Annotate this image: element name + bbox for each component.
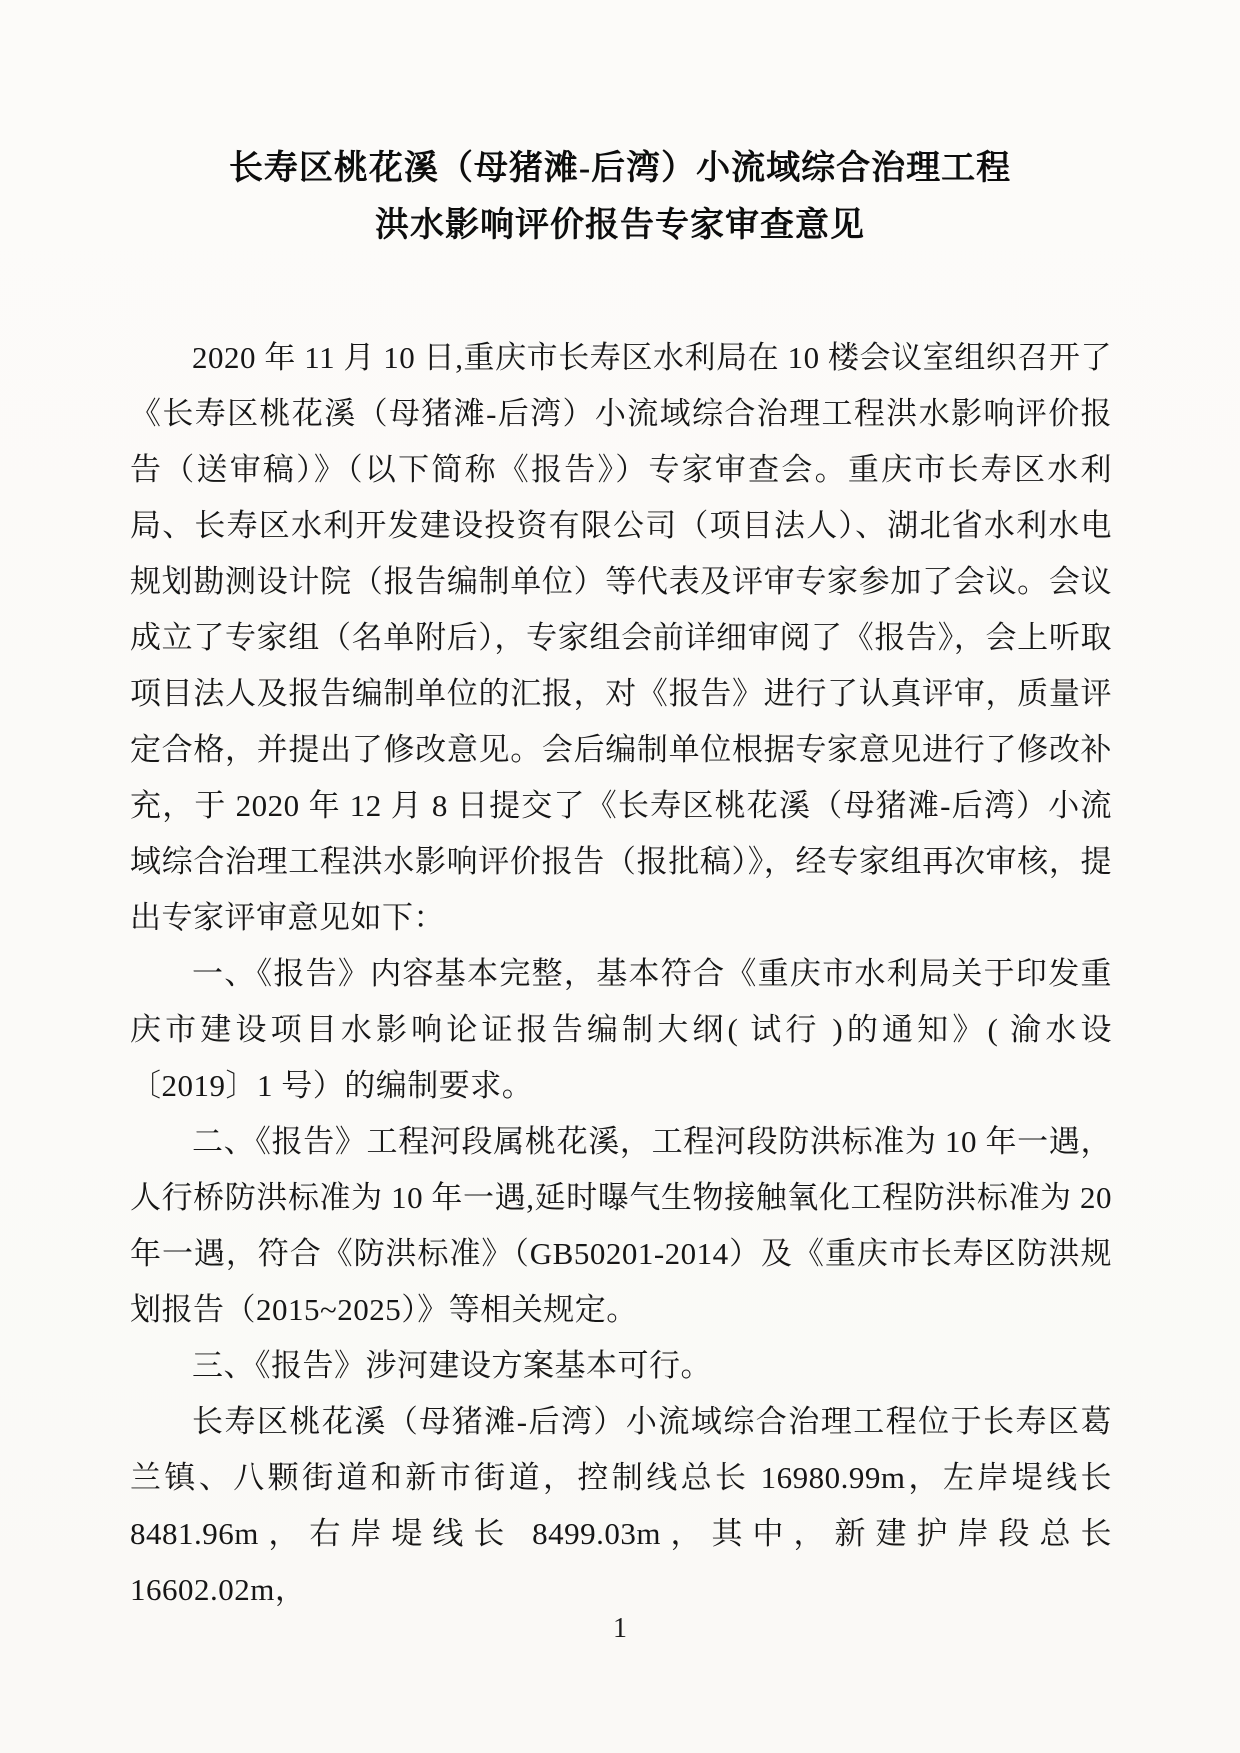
document-title: 长寿区桃花溪（母猪滩-后湾）小流域综合治理工程 洪水影响评价报告专家审查意见 <box>0 0 1240 254</box>
paragraph-opinion-2: 二、《报告》工程河段属桃花溪，工程河段防洪标准为 10 年一遇，人行桥防洪标准为… <box>130 1114 1112 1338</box>
document-title-line1: 长寿区桃花溪（母猪滩-后湾）小流域综合治理工程 <box>229 150 1011 187</box>
paragraph-opinion-1: 一、《报告》内容基本完整，基本符合《重庆市水利局关于印发重庆市建设项目水影响论证… <box>130 946 1112 1114</box>
paragraph-project-description: 长寿区桃花溪（母猪滩-后湾）小流域综合治理工程位于长寿区葛兰镇、八颗街道和新市街… <box>130 1394 1112 1618</box>
document-body: 2020 年 11 月 10 日,重庆市长寿区水利局在 10 楼会议室组织召开了… <box>130 330 1112 1618</box>
paragraph-meeting-overview: 2020 年 11 月 10 日,重庆市长寿区水利局在 10 楼会议室组织召开了… <box>130 330 1112 946</box>
page-number: 1 <box>0 1613 1240 1645</box>
document-title-line2: 洪水影响评价报告专家审查意见 <box>375 207 865 244</box>
document-page: 长寿区桃花溪（母猪滩-后湾）小流域综合治理工程 洪水影响评价报告专家审查意见 2… <box>0 0 1240 1753</box>
paragraph-opinion-3: 三、《报告》涉河建设方案基本可行。 <box>130 1338 1112 1394</box>
